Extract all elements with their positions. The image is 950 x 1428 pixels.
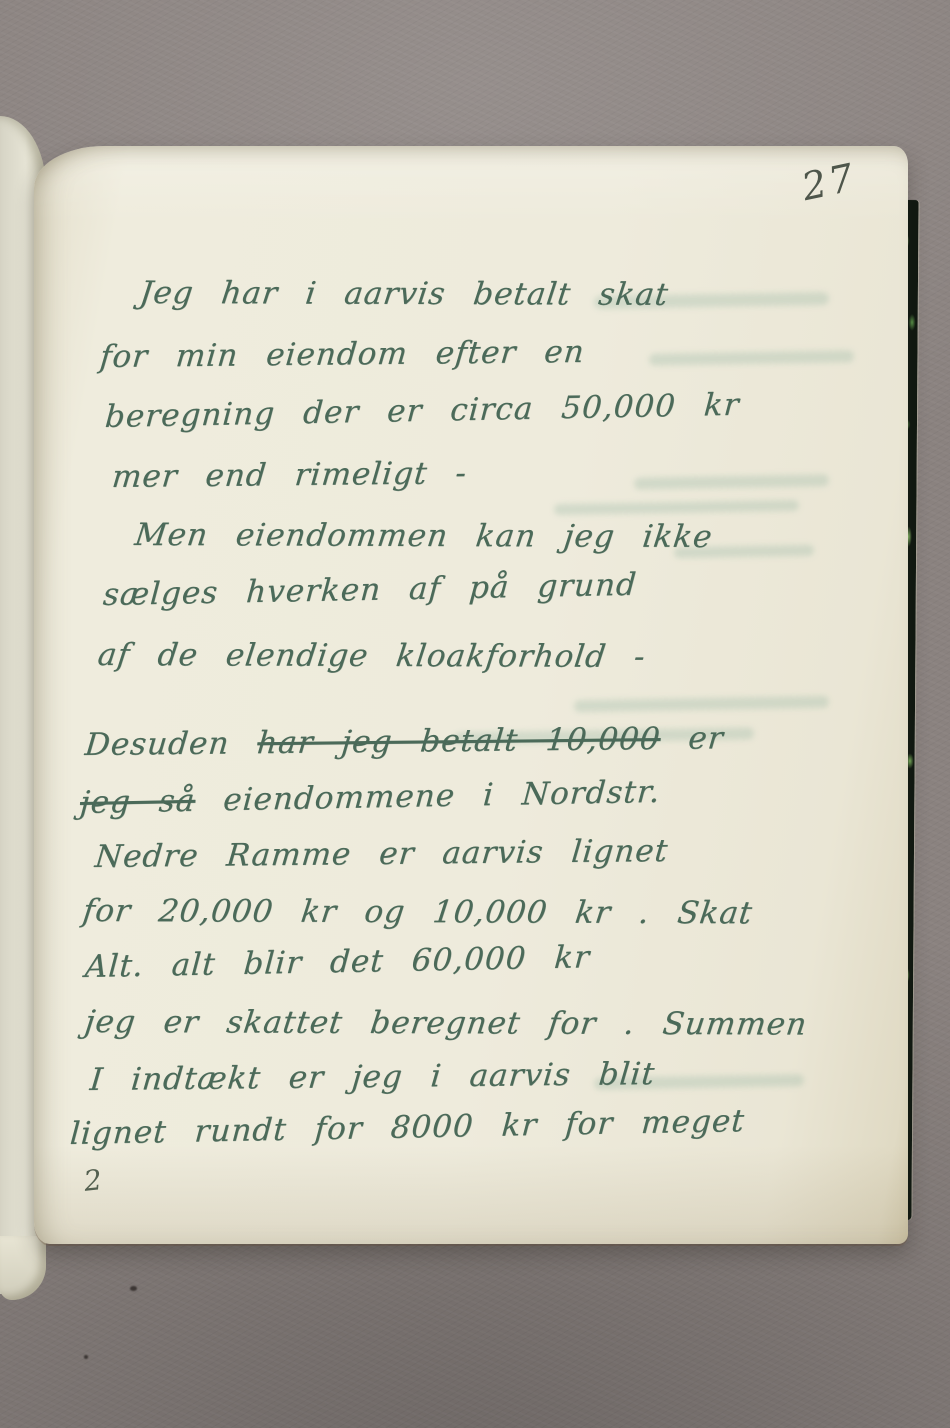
dust-speck <box>130 1286 137 1291</box>
page-number-top: 27 <box>798 155 860 209</box>
line8-text-after: er <box>659 720 726 757</box>
manuscript-line-2: for min eiendom efter en <box>99 337 587 373</box>
manuscript-line-8: Desuden har jeg betalt 10,000 er <box>84 723 726 761</box>
manuscript-line-3: beregning der er circa 50,000 kr <box>104 390 741 433</box>
manuscript-line-10: Nedre Ramme er aarvis lignet <box>94 836 670 873</box>
ink-bleedthrough <box>574 696 829 712</box>
manuscript-line-7: af de elendige kloakforhold - <box>96 640 647 673</box>
line8-text: Desuden <box>83 725 259 763</box>
manuscript-line-15: lignet rundt for 8000 kr for meget <box>69 1106 746 1150</box>
dust-speck <box>84 1355 88 1359</box>
manuscript-line-12: Alt. alt blir det 60,000 kr <box>84 942 591 983</box>
page-number-bottom: 2 <box>82 1163 103 1198</box>
manuscript-line-9: jeg så eiendommene i Nordstr. <box>79 777 661 819</box>
photo-of-notebook-page: 27 Jeg har i aarvis betalt skat for min … <box>0 0 950 1428</box>
manuscript-line-1: Jeg har i aarvis betalt skat <box>138 278 670 311</box>
ink-bleedthrough <box>649 350 854 366</box>
manuscript-line-4: mer end rimeligt - <box>111 458 469 493</box>
line9-struck-text: jeg så <box>79 783 197 821</box>
ink-bleedthrough <box>554 500 799 515</box>
ink-bleedthrough <box>634 474 829 489</box>
manuscript-line-13: jeg er skattet beregnet for . Summen <box>83 1007 809 1041</box>
notebook-page: 27 Jeg har i aarvis betalt skat for min … <box>34 146 908 1244</box>
manuscript-line-6: sælges hverken af på grund <box>102 570 638 611</box>
line8-struck-text: har jeg betalt 10,000 <box>256 721 663 761</box>
line9-text-after: eiendommene i Nordstr. <box>194 774 661 819</box>
manuscript-line-5: Men eiendommen kan jeg ikke <box>133 520 714 553</box>
manuscript-line-14: I indtækt er jeg i aarvis blit <box>89 1059 657 1096</box>
manuscript-line-11: for 20,000 kr og 10,000 kr . Skat <box>81 896 754 929</box>
